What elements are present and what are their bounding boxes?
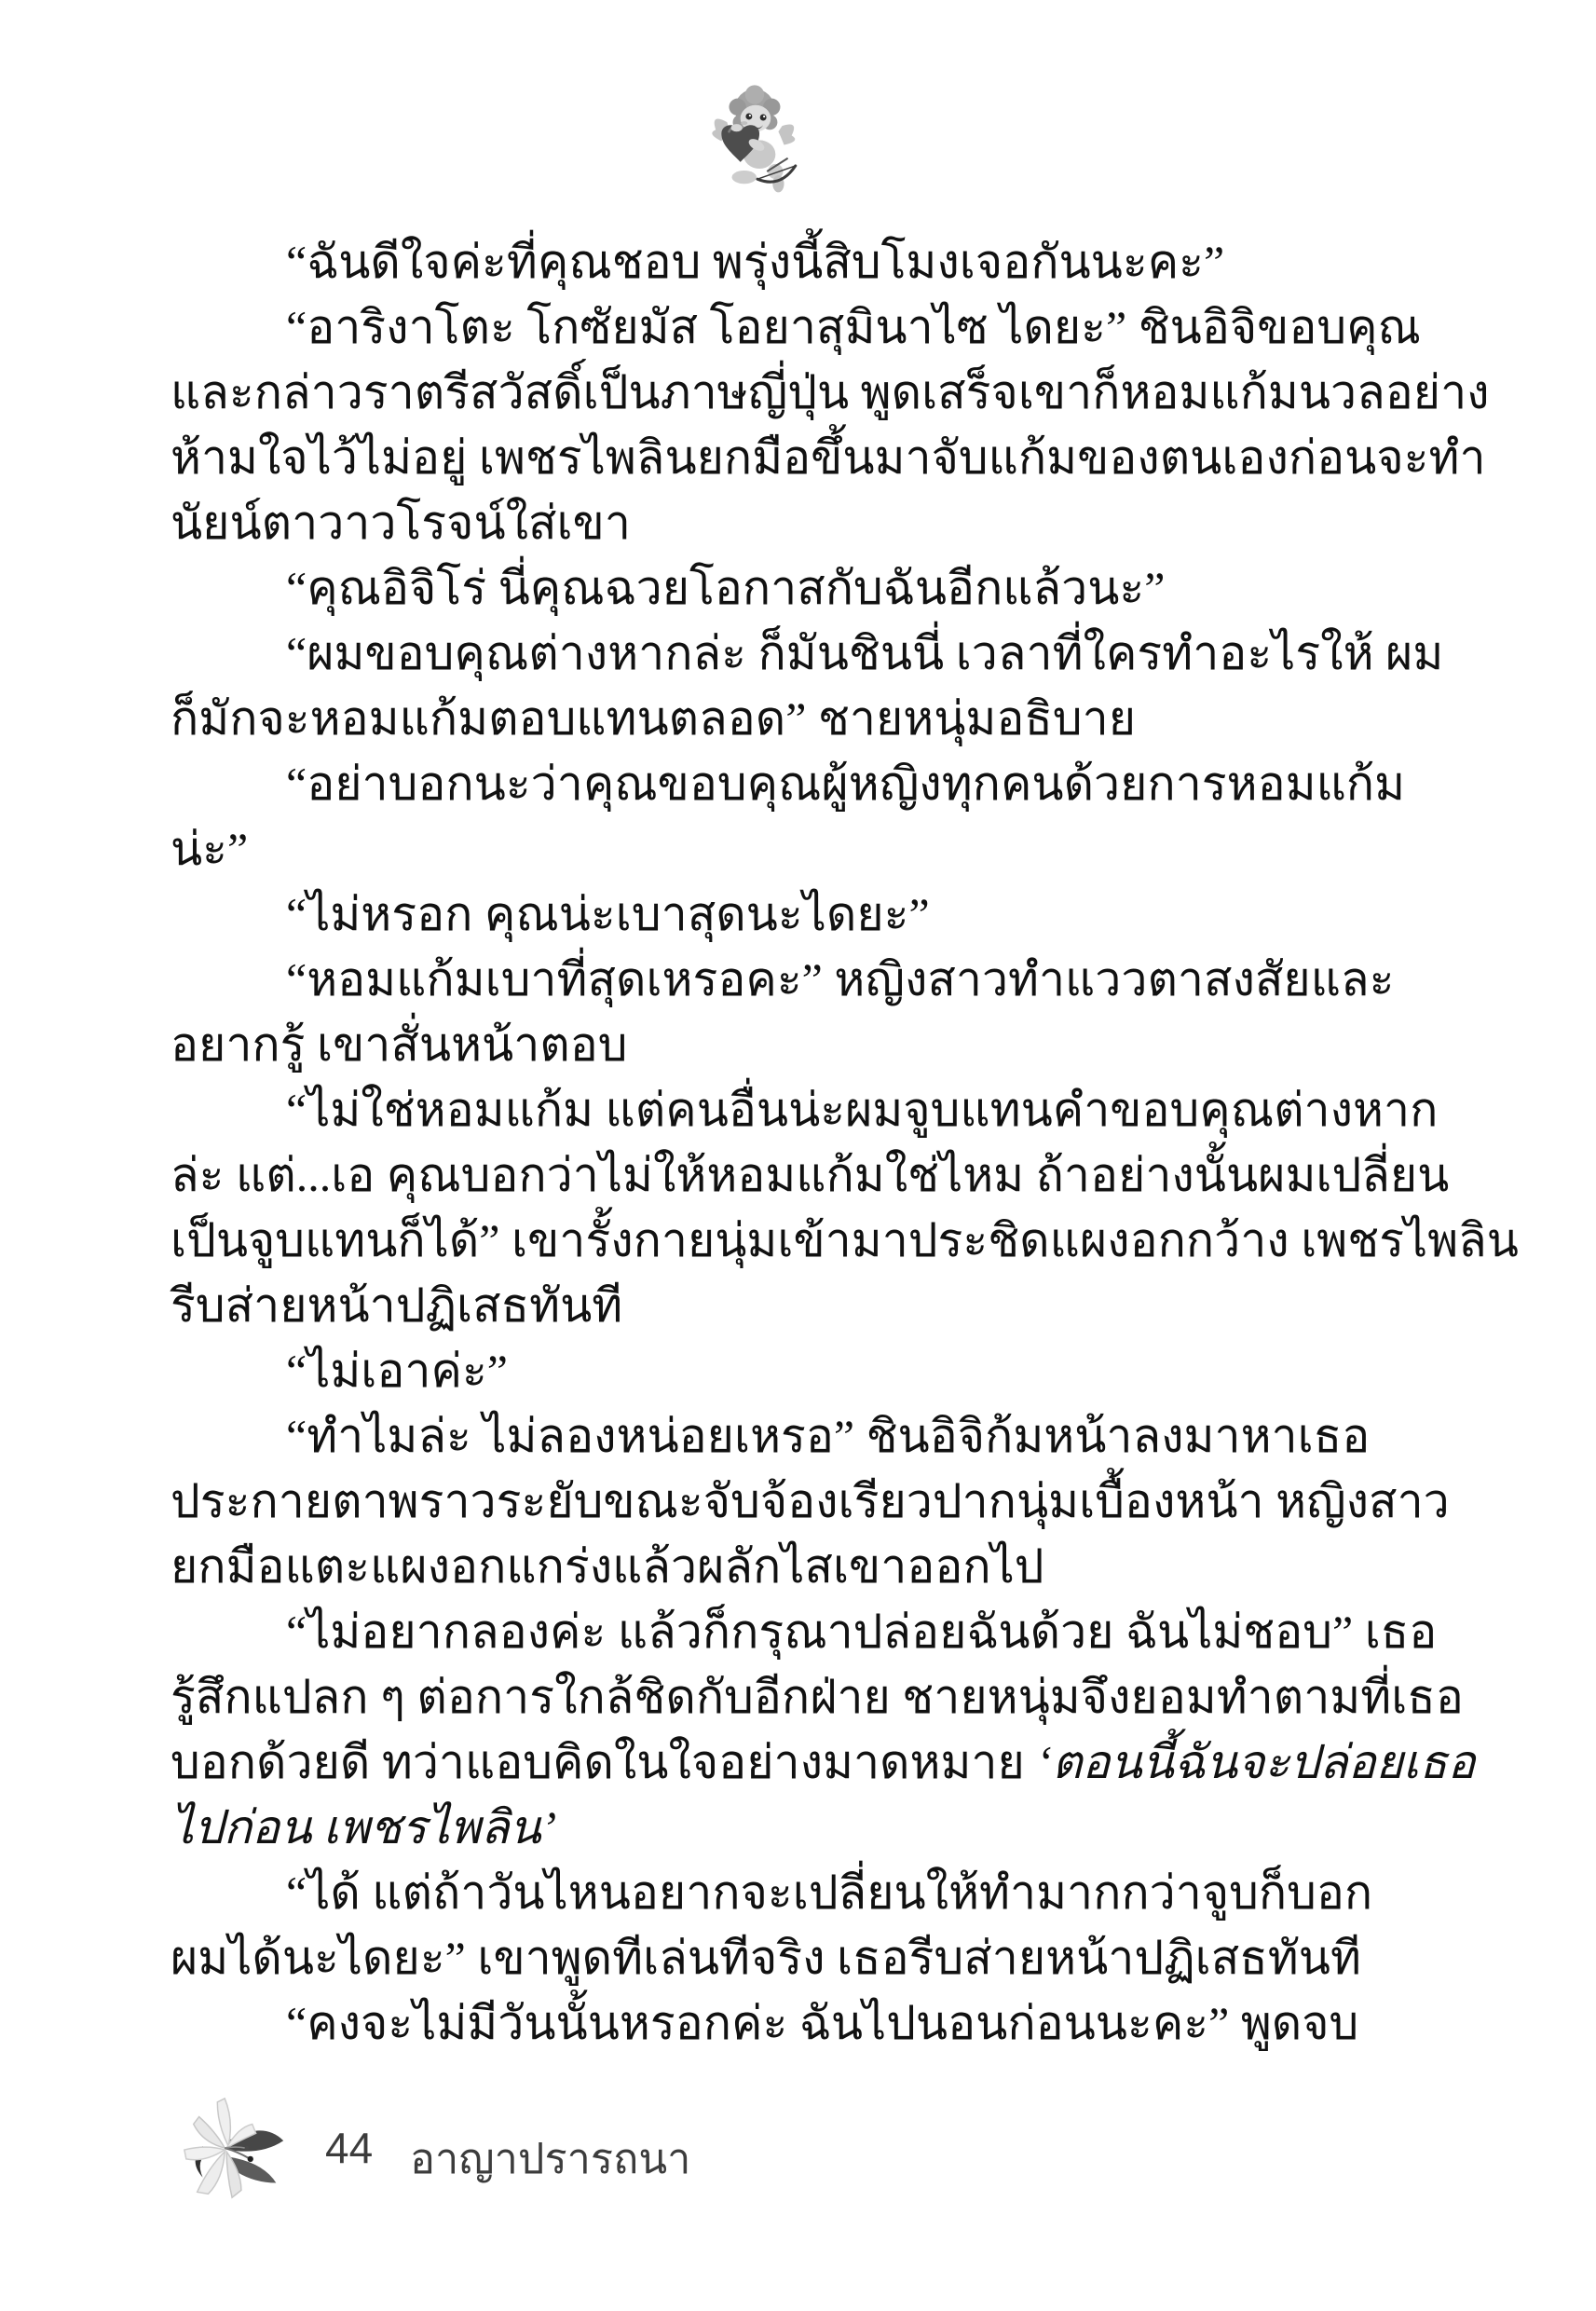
text-line: บอกด้วยดี ทว่าแอบคิดในใจอย่างมาดหมาย ‘ตอ… <box>171 1730 1486 1795</box>
cupid-heart-illustration <box>704 84 809 203</box>
narrative-text: “ไม่อยากลองค่ะ แล้วก็กรุณาปล่อยฉันด้วย ฉ… <box>286 1606 1437 1658</box>
text-line: “ไม่เอาค่ะ” <box>171 1338 1486 1403</box>
text-line: รีบส่ายหน้าปฏิเสธทันที <box>171 1273 1486 1338</box>
text-line: ล่ะ แต่...เอ คุณบอกว่าไม่ให้หอมแก้มใช่ไห… <box>171 1142 1486 1208</box>
narrative-text: “ไม่ใช่หอมแก้ม แต่คนอื่นน่ะผมจูบแทนคำขอบ… <box>286 1084 1438 1136</box>
narrative-text: นัยน์ตาวาวโรจน์ใส่เขา <box>171 497 631 549</box>
narrative-text: รู้สึกแปลก ๆ ต่อการใกล้ชิดกับอีกฝ่าย ชาย… <box>171 1671 1464 1723</box>
narrative-text: “ผมขอบคุณต่างหากล่ะ ก็มันชินนี่ เวลาที่ใ… <box>286 627 1443 679</box>
text-line: น่ะ” <box>171 816 1486 882</box>
text-line: และกล่าวราตรีสวัสดิ์เป็นภาษญี่ปุ่น พูดเส… <box>171 360 1486 425</box>
text-line: ไปก่อน เพชรไพลิน’ <box>171 1795 1486 1860</box>
text-line: เป็นจูบแทนก็ได้” เขารั้งกายนุ่มเข้ามาประ… <box>171 1208 1486 1273</box>
narrative-text: “คุณอิจิโร่ นี่คุณฉวยโอกาสกับฉันอีกแล้วน… <box>286 562 1165 614</box>
text-line: “ไม่หรอก คุณน่ะเบาสุดนะไดยะ” <box>171 882 1486 947</box>
text-line: “คงจะไม่มีวันนั้นหรอกค่ะ ฉันไปนอนก่อนนะค… <box>171 1990 1486 2056</box>
inner-thought-text: ‘ตอนนี้ฉันจะปล่อยเธอ <box>1036 1736 1475 1788</box>
text-line: “ฉันดีใจค่ะที่คุณชอบ พรุ่งนี้สิบโมงเจอกั… <box>171 229 1486 294</box>
book-page: “ฉันดีใจค่ะที่คุณชอบ พรุ่งนี้สิบโมงเจอกั… <box>0 0 1596 2311</box>
lily-flower-illustration <box>171 2093 301 2212</box>
narrative-text: ก็มักจะหอมแก้มตอบแทนตลอด” ชายหนุ่มอธิบาย <box>171 692 1136 745</box>
text-line: “ไม่ใช่หอมแก้ม แต่คนอื่นน่ะผมจูบแทนคำขอบ… <box>171 1077 1486 1142</box>
text-line: ประกายตาพราวระยับขณะจับจ้องเรียวปากนุ่มเ… <box>171 1469 1486 1534</box>
narrative-text: บอกด้วยดี ทว่าแอบคิดในใจอย่างมาดหมาย <box>171 1736 1036 1788</box>
narrative-text: “ทำไมล่ะ ไม่ลองหน่อยเหรอ” ชินอิจิก้มหน้า… <box>286 1410 1370 1462</box>
text-line: “ได้ แต่ถ้าวันไหนอยากจะเปลี่ยนให้ทำมากกว… <box>171 1860 1486 1925</box>
inner-thought-text: ไปก่อน เพชรไพลิน’ <box>171 1801 556 1853</box>
text-line: ห้ามใจไว้ไม่อยู่ เพชรไพลินยกมือขึ้นมาจับ… <box>171 425 1486 490</box>
text-line: รู้สึกแปลก ๆ ต่อการใกล้ชิดกับอีกฝ่าย ชาย… <box>171 1664 1486 1730</box>
text-line: อยากรู้ เขาสั่นหน้าตอบ <box>171 1012 1486 1077</box>
narrative-text: “หอมแก้มเบาที่สุดเหรอคะ” หญิงสาวทำแววตาส… <box>286 953 1394 1005</box>
book-title: อาญาปรารถนา <box>410 2125 690 2192</box>
narrative-text: ยกมือแตะแผงอกแกร่งแล้วผลักไสเขาออกไป <box>171 1540 1044 1593</box>
narrative-text: ล่ะ แต่...เอ คุณบอกว่าไม่ให้หอมแก้มใช่ไห… <box>171 1149 1449 1201</box>
narrative-text: “ไม่หรอก คุณน่ะเบาสุดนะไดยะ” <box>286 888 930 940</box>
narrative-text: “ไม่เอาค่ะ” <box>286 1345 508 1397</box>
text-line: “หอมแก้มเบาที่สุดเหรอคะ” หญิงสาวทำแววตาส… <box>171 947 1486 1012</box>
narrative-text: ประกายตาพราวระยับขณะจับจ้องเรียวปากนุ่มเ… <box>171 1475 1450 1527</box>
narrative-text: ผมได้นะไดยะ” เขาพูดทีเล่นทีจริง เธอรีบส่… <box>171 1932 1361 1984</box>
page-number: 44 <box>325 2123 373 2173</box>
narrative-text: อยากรู้ เขาสั่นหน้าตอบ <box>171 1019 628 1071</box>
text-line: ผมได้นะไดยะ” เขาพูดทีเล่นทีจริง เธอรีบส่… <box>171 1925 1486 1990</box>
text-line: “ไม่อยากลองค่ะ แล้วก็กรุณาปล่อยฉันด้วย ฉ… <box>171 1599 1486 1664</box>
text-line: “คุณอิจิโร่ นี่คุณฉวยโอกาสกับฉันอีกแล้วน… <box>171 555 1486 621</box>
narrative-text: “ได้ แต่ถ้าวันไหนอยากจะเปลี่ยนให้ทำมากกว… <box>286 1867 1372 1919</box>
narrative-text: และกล่าวราตรีสวัสดิ์เป็นภาษญี่ปุ่น พูดเส… <box>171 366 1490 418</box>
narrative-text: “คงจะไม่มีวันนั้นหรอกค่ะ ฉันไปนอนก่อนนะค… <box>286 1997 1358 2049</box>
body-text: “ฉันดีใจค่ะที่คุณชอบ พรุ่งนี้สิบโมงเจอกั… <box>171 229 1486 2056</box>
text-line: “อย่าบอกนะว่าคุณขอบคุณผู้หญิงทุกคนด้วยกา… <box>171 751 1486 816</box>
narrative-text: น่ะ” <box>171 823 248 875</box>
narrative-text: ห้ามใจไว้ไม่อยู่ เพชรไพลินยกมือขึ้นมาจับ… <box>171 431 1486 484</box>
text-line: “ผมขอบคุณต่างหากล่ะ ก็มันชินนี่ เวลาที่ใ… <box>171 621 1486 686</box>
cupid-heart-svg <box>704 84 809 203</box>
narrative-text: เป็นจูบแทนก็ได้” เขารั้งกายนุ่มเข้ามาประ… <box>171 1214 1519 1266</box>
text-line: ก็มักจะหอมแก้มตอบแทนตลอด” ชายหนุ่มอธิบาย <box>171 686 1486 751</box>
lily-flower-svg <box>171 2093 301 2212</box>
narrative-text: “อย่าบอกนะว่าคุณขอบคุณผู้หญิงทุกคนด้วยกา… <box>286 758 1405 810</box>
text-line: “อาริงาโตะ โกซัยมัส โอยาสุมินาไซ ไดยะ” ช… <box>171 294 1486 360</box>
narrative-text: “อาริงาโตะ โกซัยมัส โอยาสุมินาไซ ไดยะ” ช… <box>286 301 1421 353</box>
text-line: นัยน์ตาวาวโรจน์ใส่เขา <box>171 490 1486 555</box>
page-footer: 44 อาญาปรารถนา <box>0 2087 1596 2311</box>
narrative-text: “ฉันดีใจค่ะที่คุณชอบ พรุ่งนี้สิบโมงเจอกั… <box>286 236 1224 288</box>
text-line: ยกมือแตะแผงอกแกร่งแล้วผลักไสเขาออกไป <box>171 1534 1486 1599</box>
narrative-text: รีบส่ายหน้าปฏิเสธทันที <box>171 1279 622 1332</box>
text-line: “ทำไมล่ะ ไม่ลองหน่อยเหรอ” ชินอิจิก้มหน้า… <box>171 1403 1486 1469</box>
